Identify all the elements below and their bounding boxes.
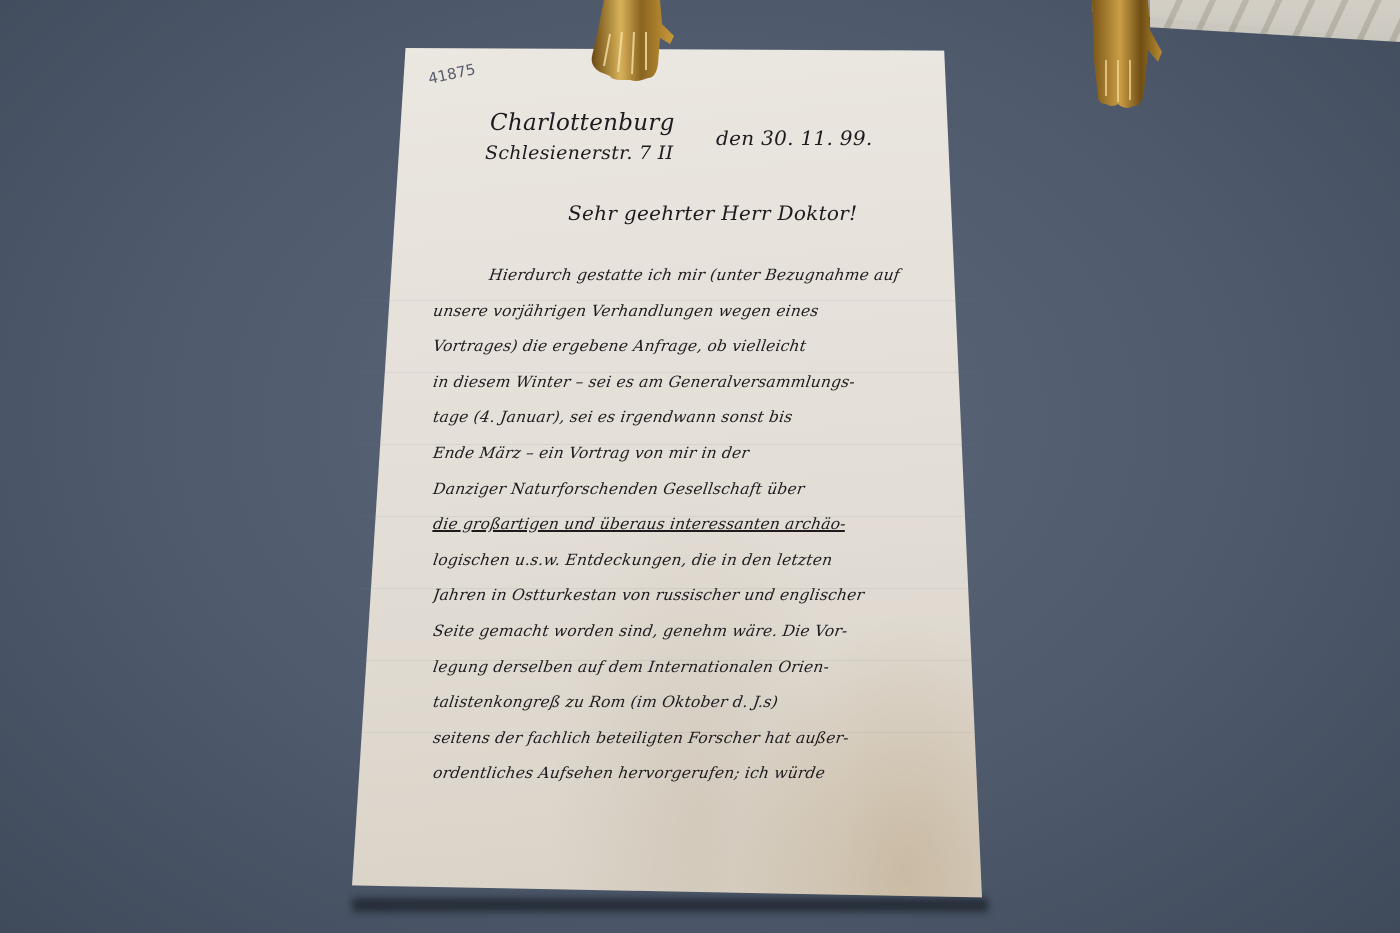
letter-street: Schlesienerstr. 7 II <box>485 144 673 163</box>
body-line: logischen u.s.w. Entdeckungen, die in de… <box>429 551 974 587</box>
body-line: in diesem Winter – sei es am Generalvers… <box>429 373 974 409</box>
body-line: Seite gemacht worden sind, genehm wäre. … <box>429 622 974 658</box>
body-line-underlined: die großartigen und überaus interessante… <box>429 515 974 551</box>
body-line: seitens der fachlich beteiligten Forsche… <box>429 729 974 765</box>
body-line: Danziger Naturforschenden Gesellschaft ü… <box>429 480 974 516</box>
paper-shadow <box>352 898 988 912</box>
body-line: tage (4. Januar), sei es irgendwann sons… <box>429 408 974 444</box>
background-blinds <box>1150 0 1400 42</box>
body-line: Ende März – ein Vortrag von mir in der <box>429 444 974 480</box>
body-line: legung derselben auf dem Internationalen… <box>429 658 974 694</box>
body-line: ordentliches Aufsehen hervorgerufen; ich… <box>429 764 974 800</box>
body-line: unsere vorjährigen Verhandlungen wegen e… <box>429 302 974 338</box>
body-line: talistenkongreß zu Rom (im Oktober d. J.… <box>429 693 974 729</box>
brass-hand-clip-icon <box>1078 0 1164 110</box>
letter-salutation: Sehr geehrter Herr Doktor! <box>568 203 857 223</box>
body-line: Hierdurch gestatte ich mir (unter Bezugn… <box>429 266 974 302</box>
letter-place: Charlottenburg <box>490 112 675 135</box>
body-line: Vortrages) die ergebene Anfrage, ob viel… <box>429 337 974 373</box>
body-line: Jahren in Ostturkestan von russischer un… <box>429 586 974 622</box>
brass-hand-clip-icon <box>582 0 680 84</box>
letter-date: den 30. 11. 99. <box>716 128 873 148</box>
letter-body: Hierdurch gestatte ich mir (unter Bezugn… <box>432 266 972 800</box>
